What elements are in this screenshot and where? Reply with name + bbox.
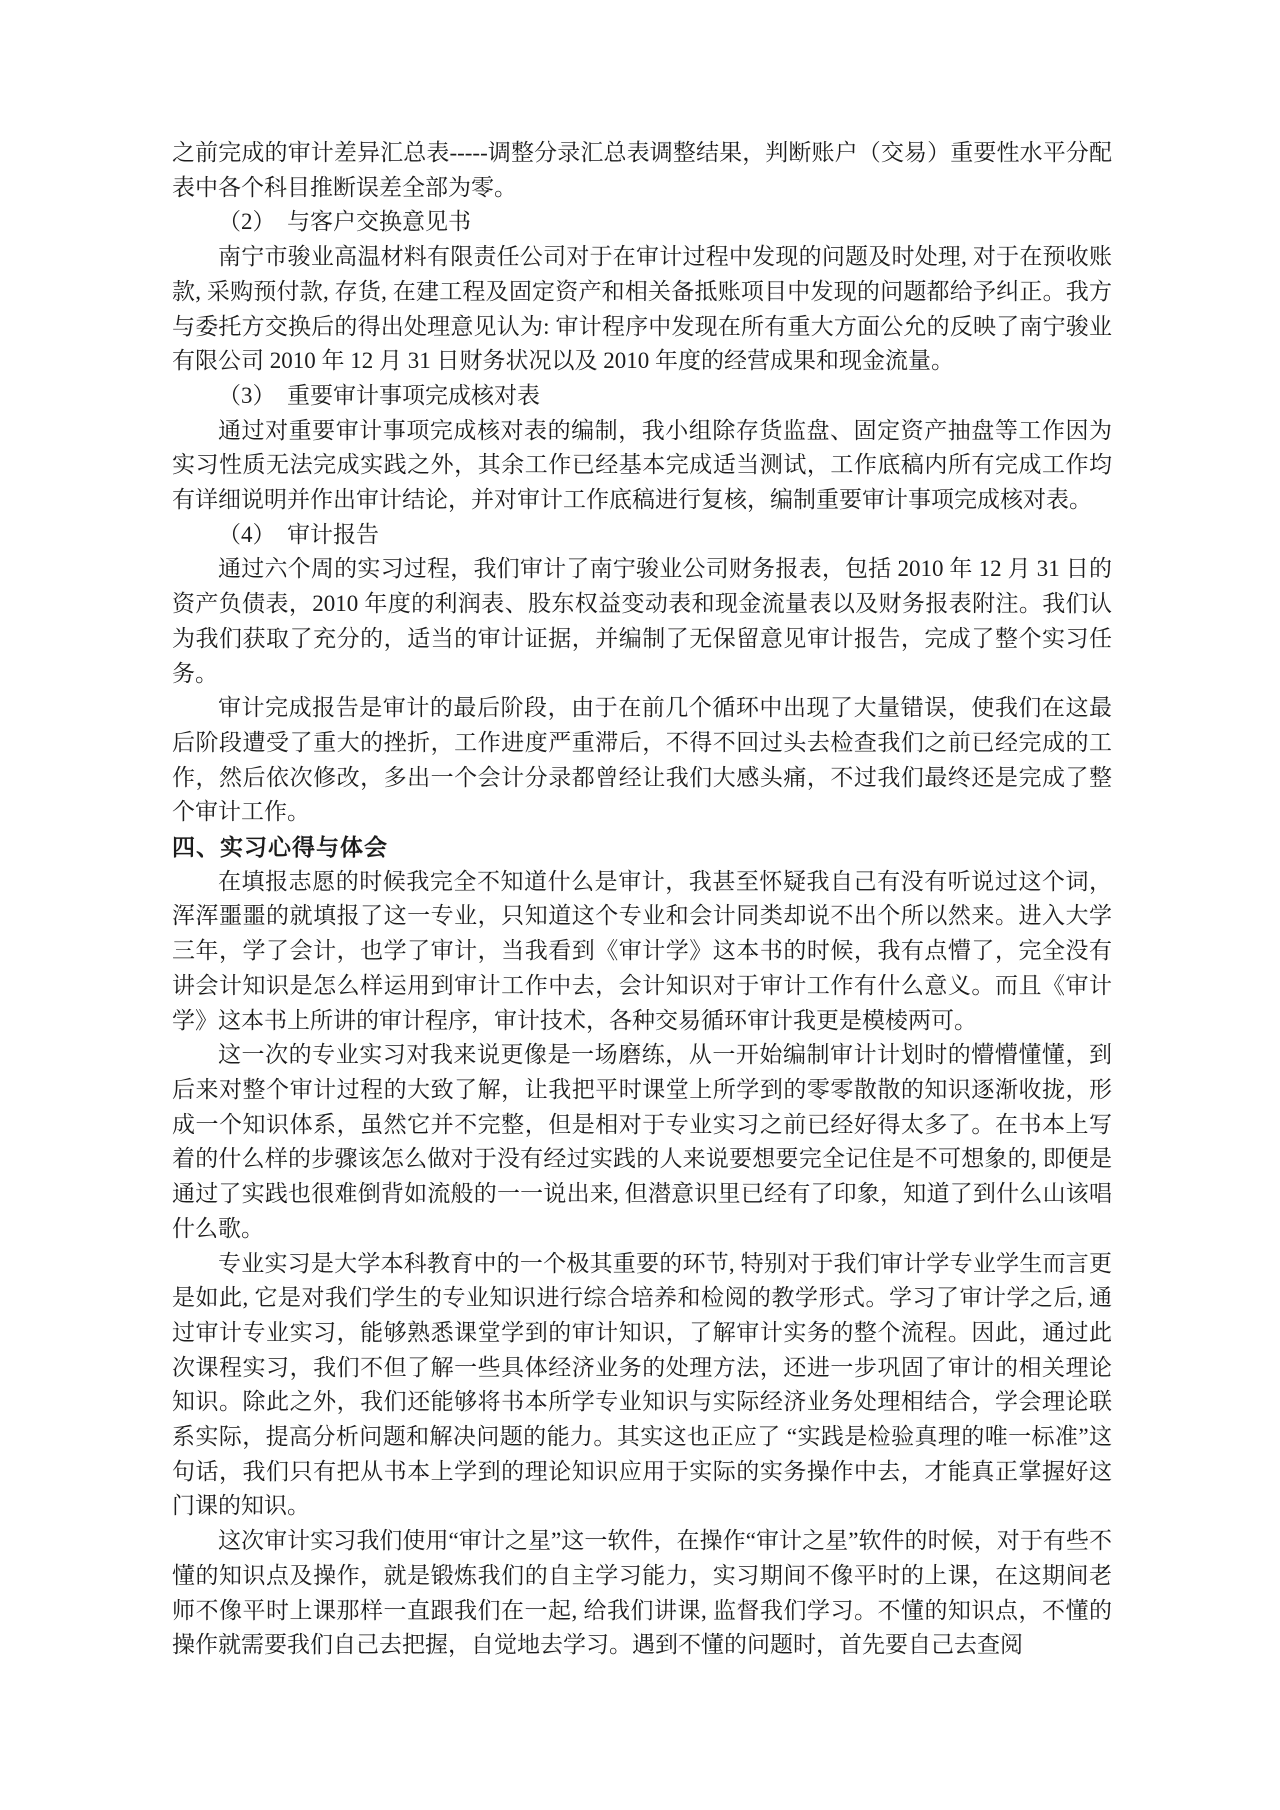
document-body: 之前完成的审计差异汇总表-----调整分录汇总表调整结果，判断账户（交易）重要性… [172,136,1112,1663]
paragraph-continuation: 之前完成的审计差异汇总表-----调整分录汇总表调整结果，判断账户（交易）重要性… [172,136,1112,205]
paragraph: 专业实习是大学本科教育中的一个极其重要的环节, 特别对于我们审计学专业学生而言更… [172,1247,1112,1525]
paragraph: 南宁市骏业高温材料有限责任公司对于在审计过程中发现的问题及时处理, 对于在预收账… [172,240,1112,379]
paragraph: 这次审计实习我们使用“审计之星”这一软件，在操作“审计之星”软件的时候，对于有些… [172,1524,1112,1663]
paragraph: 通过六个周的实习过程，我们审计了南宁骏业公司财务报表，包括 2010 年 12 … [172,552,1112,691]
paragraph: 审计完成报告是审计的最后阶段，由于在前几个循环中出现了大量错误，使我们在这最后阶… [172,691,1112,830]
numbered-item-3: （3） 重要审计事项完成核对表 [172,379,1112,414]
paragraph: 这一次的专业实习对我来说更像是一场磨练，从一开始编制审计计划时的懵懵懂懂，到后来… [172,1038,1112,1246]
paragraph: 在填报志愿的时候我完全不知道什么是审计，我甚至怀疑我自己有没有听说过这个词，浑浑… [172,865,1112,1039]
numbered-item-4: （4） 审计报告 [172,518,1112,553]
section-heading: 四、实习心得与体会 [172,830,1112,865]
numbered-item-2: （2） 与客户交换意见书 [172,205,1112,240]
paragraph: 通过对重要审计事项完成核对表的编制，我小组除存货监盘、固定资产抽盘等工作因为实习… [172,414,1112,518]
document-page: 之前完成的审计差异汇总表-----调整分录汇总表调整结果，判断账户（交易）重要性… [0,0,1280,1810]
